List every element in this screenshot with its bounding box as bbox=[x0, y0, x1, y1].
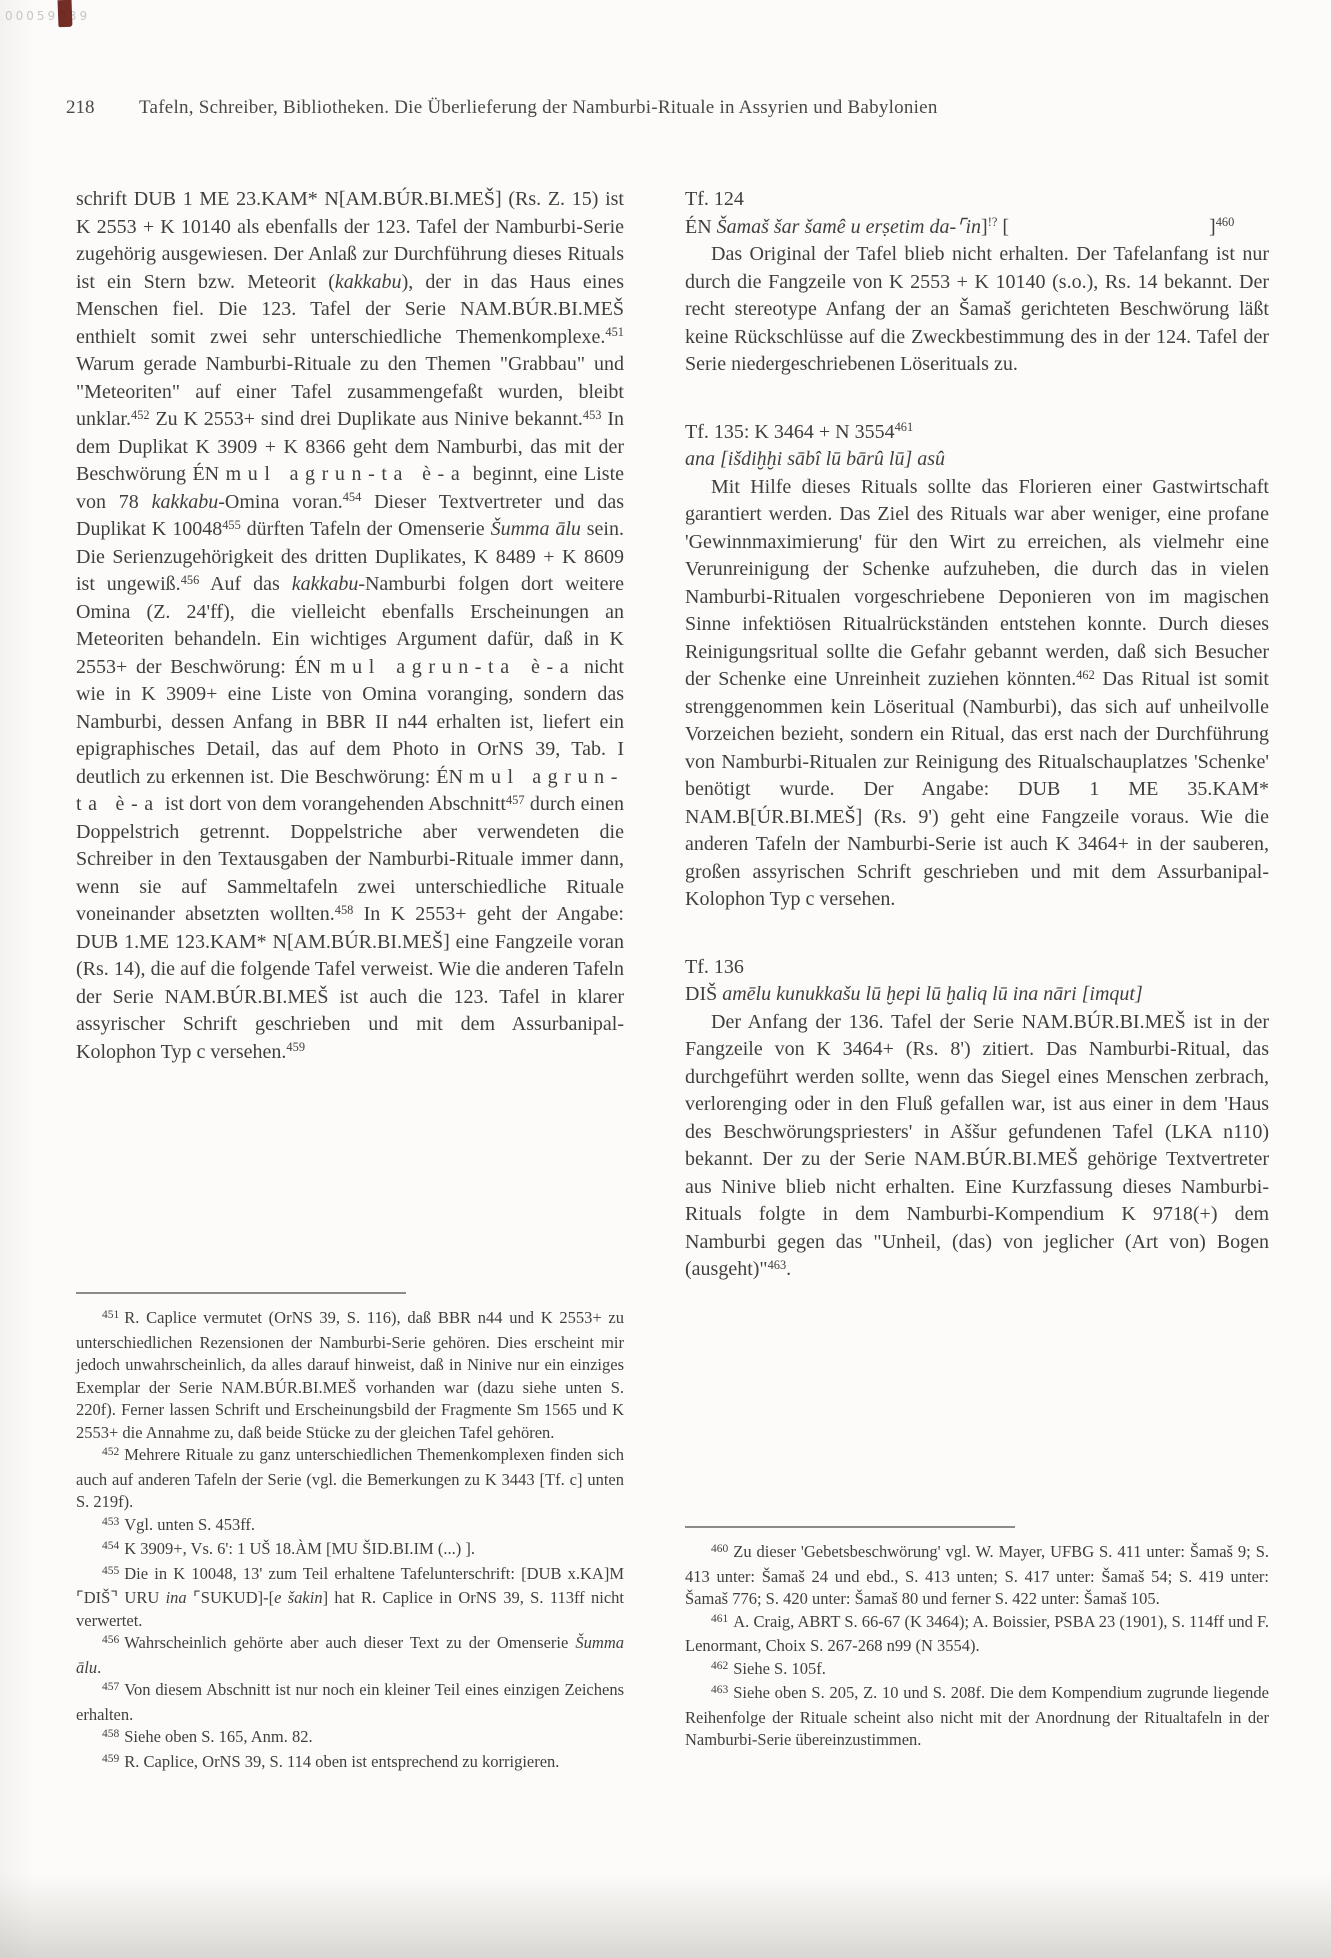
footnotes-right: 460Zu dieser 'Gebetsbeschwörung' vgl. W.… bbox=[685, 1541, 1269, 1752]
footnote-text: K 3909+, Vs. 6': 1 UŠ 18.ÀM [MU ŠID.BI.I… bbox=[124, 1539, 475, 1558]
footnote-text: A. Craig, ABRT S. 66-67 (K 3464); A. Boi… bbox=[685, 1612, 1269, 1656]
footnote-number: 458 bbox=[102, 1728, 119, 1740]
footnote-number: 452 bbox=[102, 1446, 119, 1458]
text-segment: 462 bbox=[1076, 668, 1095, 682]
scanned-book-page: 00059039 218 Tafeln, Schreiber, Biblioth… bbox=[0, 0, 1331, 1958]
text-segment: Zu dieser 'Gebetsbeschwörung' vgl. W. Ma… bbox=[685, 1542, 1269, 1608]
right-column: Tf. 124 ÉN Šamaš šar šamê u erṣetim da-⌜… bbox=[685, 186, 1269, 1284]
section-body: Das Original der Tafel blieb nicht erhal… bbox=[685, 241, 1269, 379]
text-segment: Šamaš šar šamê u erṣetim da-⌜in bbox=[717, 216, 981, 238]
text-segment: Siehe oben S. 165, Anm. 82. bbox=[124, 1727, 312, 1746]
footnote-number: 463 bbox=[711, 1684, 728, 1696]
text-segment: 459 bbox=[286, 1040, 305, 1054]
text-segment: 453 bbox=[583, 408, 602, 422]
text-segment: Mehrere Rituale zu ganz unterschiedliche… bbox=[76, 1445, 624, 1511]
running-title: Tafeln, Schreiber, Bibliotheken. Die Übe… bbox=[139, 97, 938, 119]
text-segment: Šumma ālu bbox=[491, 518, 581, 540]
footnote: 462Siehe S. 105f. bbox=[685, 1658, 1269, 1683]
section-heading: Tf. 136 bbox=[685, 954, 1269, 982]
footnote-text: R. Caplice vermutet (OrNS 39, S. 116), d… bbox=[76, 1308, 624, 1442]
text-segment: 460 bbox=[1216, 215, 1235, 229]
text-segment: ÉN bbox=[685, 216, 717, 238]
page-number: 218 bbox=[66, 97, 95, 119]
left-column: schrift DUB 1 ME 23.KAM* N[AM.BÚR.BI.MEŠ… bbox=[76, 186, 624, 1066]
footnote-text: Vgl. unten S. 453ff. bbox=[124, 1515, 255, 1534]
text-segment: ⌜SUKUD]-[ bbox=[187, 1588, 274, 1607]
footnote-text: Wahrscheinlich gehörte aber auch dieser … bbox=[76, 1633, 624, 1677]
text-segment: 461 bbox=[895, 420, 914, 434]
text-segment: R. Caplice, OrNS 39, S. 114 oben ist ent… bbox=[124, 1752, 559, 1771]
footnote-text: Die in K 10048, 13' zum Teil erhaltene T… bbox=[76, 1564, 624, 1630]
text-segment: K 3909+, Vs. 6': 1 UŠ 18.ÀM [MU ŠID.BI.I… bbox=[124, 1539, 475, 1558]
text-segment: Zu K 2553+ sind drei Duplikate aus Niniv… bbox=[150, 408, 583, 430]
text-segment: 463 bbox=[768, 1258, 787, 1272]
footnote-number: 455 bbox=[102, 1565, 119, 1577]
footnote: 463Siehe oben S. 205, Z. 10 und S. 208f.… bbox=[685, 1682, 1269, 1752]
text-segment: ist dort von dem vorangehenden Abschnitt bbox=[160, 793, 506, 815]
text-segment: 457 bbox=[506, 793, 525, 807]
scan-id-watermark: 00059039 bbox=[5, 9, 90, 23]
tablet-section: Tf. 124 ÉN Šamaš šar šamê u erṣetim da-⌜… bbox=[685, 186, 1269, 379]
section-heading: Tf. 124 bbox=[685, 186, 1269, 214]
footnote: 457Von diesem Abschnitt ist nur noch ein… bbox=[76, 1679, 624, 1726]
scan-shadow bbox=[0, 1873, 1331, 1958]
footnotes-left: 451R. Caplice vermutet (OrNS 39, S. 116)… bbox=[76, 1307, 624, 1775]
text-segment: 458 bbox=[335, 903, 354, 917]
footnote-block-right: 460Zu dieser 'Gebetsbeschwörung' vgl. W.… bbox=[685, 1526, 1269, 1752]
text-segment: kakkabu bbox=[292, 573, 359, 595]
footnote-text: Von diesem Abschnitt ist nur noch ein kl… bbox=[76, 1680, 624, 1724]
tablet-sections: Tf. 124 ÉN Šamaš šar šamê u erṣetim da-⌜… bbox=[685, 186, 1269, 1284]
text-segment: ] bbox=[1209, 216, 1216, 238]
footnote-number: 461 bbox=[711, 1613, 728, 1625]
footnote: 459R. Caplice, OrNS 39, S. 114 oben ist … bbox=[76, 1751, 624, 1776]
text-segment: 452 bbox=[131, 408, 150, 422]
text-segment: Tf. 136 bbox=[685, 956, 744, 978]
footnote-number: 454 bbox=[102, 1540, 119, 1552]
text-segment: Mit Hilfe dieses Rituals sollte das Flor… bbox=[685, 476, 1269, 691]
text-segment: 455 bbox=[222, 518, 241, 532]
text-segment: ] bbox=[981, 216, 988, 238]
text-segment: Tf. 124 bbox=[685, 188, 744, 210]
footnote: 458Siehe oben S. 165, Anm. 82. bbox=[76, 1726, 624, 1751]
footnote: 460Zu dieser 'Gebetsbeschwörung' vgl. W.… bbox=[685, 1541, 1269, 1611]
text-segment: kakkabu bbox=[335, 271, 402, 293]
text-segment: mul agrun-ta è-a bbox=[330, 656, 575, 678]
text-segment: Wahrscheinlich gehörte aber auch dieser … bbox=[124, 1633, 575, 1652]
footnote-number: 451 bbox=[102, 1309, 119, 1321]
footnote: 456Wahrscheinlich gehörte aber auch dies… bbox=[76, 1632, 624, 1679]
footnote-text: Zu dieser 'Gebetsbeschwörung' vgl. W. Ma… bbox=[685, 1542, 1269, 1608]
footnote-number: 462 bbox=[711, 1660, 728, 1672]
text-segment: Tf. 135: K 3464 + N 3554 bbox=[685, 421, 895, 443]
left-column-paragraph: schrift DUB 1 ME 23.KAM* N[AM.BÚR.BI.MEŠ… bbox=[76, 186, 624, 1066]
footnote-text: Mehrere Rituale zu ganz unterschiedliche… bbox=[76, 1445, 624, 1511]
text-segment: ana [išdiḫḫi sābî lū bārû lū] asû bbox=[685, 448, 945, 470]
text-segment: A. Craig, ABRT S. 66-67 (K 3464); A. Boi… bbox=[685, 1612, 1269, 1656]
footnote: 451R. Caplice vermutet (OrNS 39, S. 116)… bbox=[76, 1307, 624, 1444]
text-segment: In K 2553+ geht der Angabe: DUB 1.ME 123… bbox=[76, 903, 624, 1063]
footnote-text: Siehe oben S. 165, Anm. 82. bbox=[124, 1727, 312, 1746]
footnote-number: 459 bbox=[102, 1753, 119, 1765]
section-body: Mit Hilfe dieses Rituals sollte das Flor… bbox=[685, 474, 1269, 914]
section-heading: Tf. 135: K 3464 + N 3554461 bbox=[685, 419, 1269, 447]
text-segment: Das Original der Tafel blieb nicht erhal… bbox=[685, 243, 1269, 375]
footnote-number: 457 bbox=[102, 1681, 119, 1693]
text-segment: Das Ritual ist somit strenggenommen kein… bbox=[685, 668, 1269, 910]
text-segment: Siehe oben S. 205, Z. 10 und S. 208f. Di… bbox=[685, 1683, 1269, 1749]
text-segment: dürften Tafeln der Omenserie bbox=[241, 518, 491, 540]
footnote: 453Vgl. unten S. 453ff. bbox=[76, 1514, 624, 1539]
footnote-block-left: 451R. Caplice vermutet (OrNS 39, S. 116)… bbox=[76, 1292, 624, 1775]
text-segment: DIŠ bbox=[685, 983, 722, 1005]
footnote-text: Siehe S. 105f. bbox=[733, 1659, 826, 1678]
footnote: 461A. Craig, ABRT S. 66-67 (K 3464); A. … bbox=[685, 1611, 1269, 1658]
tablet-section: Tf. 136 DIŠ amēlu kunukkašu lū ḫepi lū ḫ… bbox=[685, 954, 1269, 1284]
incipit-line: DIŠ amēlu kunukkašu lū ḫepi lū ḫaliq lū … bbox=[685, 981, 1269, 1009]
text-segment: [ bbox=[997, 216, 1009, 238]
text-segment: !? bbox=[988, 215, 998, 229]
text-segment: Von diesem Abschnitt ist nur noch ein kl… bbox=[76, 1680, 624, 1724]
footnote-number: 456 bbox=[102, 1634, 119, 1646]
footnote: 455Die in K 10048, 13' zum Teil erhalten… bbox=[76, 1563, 624, 1633]
text-segment: Vgl. unten S. 453ff. bbox=[124, 1515, 255, 1534]
text-segment: R. Caplice vermutet (OrNS 39, S. 116), d… bbox=[76, 1308, 624, 1442]
tablet-section: Tf. 135: K 3464 + N 3554461 ana [išdiḫḫi… bbox=[685, 419, 1269, 914]
text-segment: Der Anfang der 136. Tafel der Serie NAM.… bbox=[685, 1011, 1269, 1281]
footnote-separator-left bbox=[76, 1292, 406, 1294]
text-segment: kakkabu bbox=[152, 491, 219, 513]
text-segment: ina bbox=[166, 1588, 187, 1607]
footnote-separator-right bbox=[685, 1526, 1015, 1528]
scan-artifact-mark bbox=[58, 0, 73, 27]
footnote-text: Siehe oben S. 205, Z. 10 und S. 208f. Di… bbox=[685, 1683, 1269, 1749]
text-segment: e šakin bbox=[274, 1588, 323, 1607]
text-segment: Siehe S. 105f. bbox=[733, 1659, 826, 1678]
footnote-number: 453 bbox=[102, 1516, 119, 1528]
text-segment: 456 bbox=[181, 573, 200, 587]
text-segment: Auf das bbox=[199, 573, 291, 595]
text-segment: . bbox=[97, 1658, 101, 1677]
footnote: 454K 3909+, Vs. 6': 1 UŠ 18.ÀM [MU ŠID.B… bbox=[76, 1538, 624, 1563]
section-body: Der Anfang der 136. Tafel der Serie NAM.… bbox=[685, 1009, 1269, 1284]
text-segment: . bbox=[786, 1258, 791, 1280]
footnote-text: R. Caplice, OrNS 39, S. 114 oben ist ent… bbox=[124, 1752, 559, 1771]
incipit-line: ana [išdiḫḫi sābî lū bārû lū] asû bbox=[685, 446, 1269, 474]
text-segment: amēlu kunukkašu lū ḫepi lū ḫaliq lū ina … bbox=[722, 983, 1143, 1005]
text-segment: 454 bbox=[343, 490, 362, 504]
text-segment: mul agrun-ta è-a bbox=[226, 463, 467, 485]
footnote: 452Mehrere Rituale zu ganz unterschiedli… bbox=[76, 1444, 624, 1514]
incipit-line: ÉN Šamaš šar šamê u erṣetim da-⌜in]!? []… bbox=[685, 214, 1269, 242]
text-segment: -Omina voran. bbox=[218, 491, 342, 513]
footnote-number: 460 bbox=[711, 1543, 728, 1555]
text-segment: 451 bbox=[605, 325, 624, 339]
